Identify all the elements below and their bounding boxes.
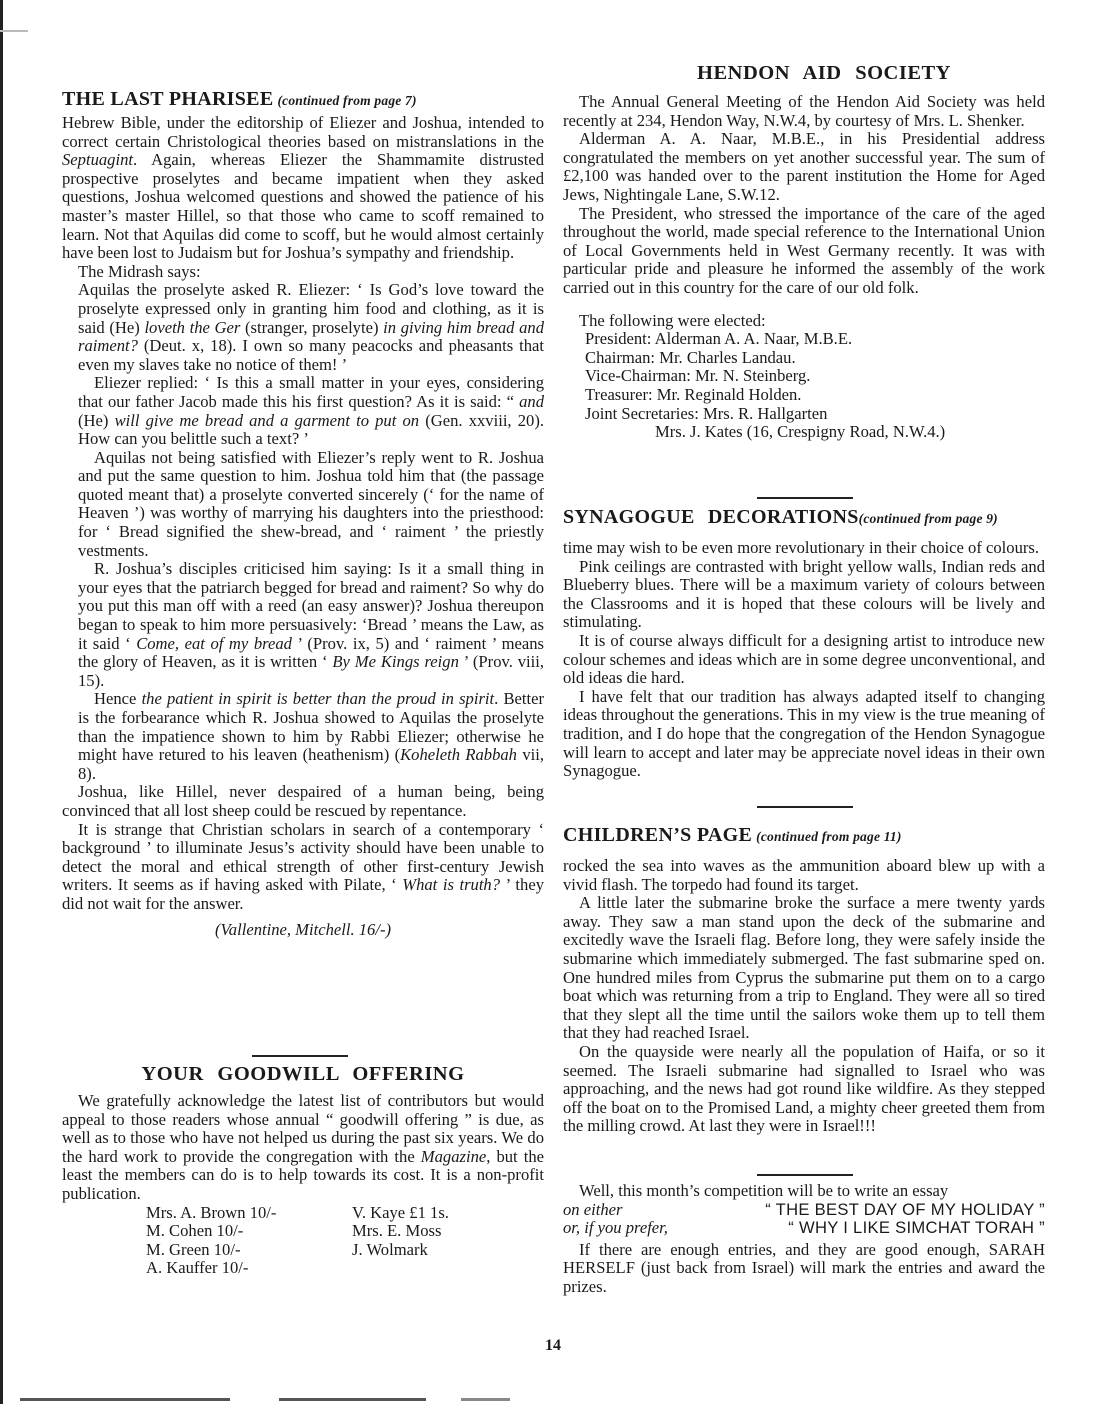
- article-childrens-page: CHILDREN’S PAGE(continued from page 11) …: [563, 824, 1045, 1136]
- quote-paragraph: R. Joshua’s disciples criticised him say…: [78, 560, 544, 690]
- donor-entry: M. Cohen 10/-: [146, 1222, 352, 1241]
- continued-note: (continued from page 7): [277, 93, 416, 108]
- scan-mark: [0, 30, 28, 32]
- paragraph: time may wish to be even more revolution…: [563, 539, 1045, 558]
- elected-intro: The following were elected:: [563, 312, 1045, 331]
- article-heading: SYNAGOGUE DECORATIONS(continued from pag…: [563, 506, 1045, 529]
- article-last-pharisee: THE LAST PHARISEE(continued from page 7)…: [62, 88, 544, 940]
- article-heading: CHILDREN’S PAGE(continued from page 11): [563, 824, 1045, 847]
- paragraph: I have felt that our tradition has alway…: [563, 688, 1045, 781]
- article-heading: YOUR GOODWILL OFFERING: [62, 1063, 544, 1086]
- section-divider: [757, 806, 853, 808]
- scan-bottom-edge: [20, 1398, 720, 1401]
- option-lead: or, if you prefer,: [563, 1219, 673, 1237]
- continued-note: (continued from page 11): [756, 829, 901, 844]
- section-divider: [757, 497, 853, 499]
- section-divider: [252, 1055, 348, 1057]
- midrash-intro: The Midrash says:: [62, 263, 544, 282]
- donor-column-1: Mrs. A. Brown 10/- M. Cohen 10/- M. Gree…: [146, 1204, 352, 1278]
- paragraph: The Annual General Meeting of the Hendon…: [563, 93, 1045, 130]
- quote-paragraph: Hence the patient in spirit is better th…: [78, 690, 544, 783]
- competition-intro: Well, this month’s competition will be t…: [563, 1182, 1045, 1201]
- donor-entry: Mrs. E. Moss: [352, 1222, 552, 1241]
- paragraph: On the quayside were nearly all the popu…: [563, 1043, 1045, 1136]
- heading-title: THE LAST PHARISEE: [62, 88, 273, 110]
- paragraph: It is of course always difficult for a d…: [563, 632, 1045, 688]
- officer-entry: Joint Secretaries: Mrs. R. Hallgarten: [585, 405, 1045, 424]
- quote-paragraph: Aquilas not being satisfied with Eliezer…: [78, 449, 544, 561]
- paragraph: A little later the submarine broke the s…: [563, 894, 1045, 1043]
- option-lead: on either: [563, 1201, 673, 1219]
- page-number: 14: [545, 1337, 561, 1355]
- article-goodwill-offering: YOUR GOODWILL OFFERING We gratefully ack…: [62, 1063, 544, 1278]
- donor-entry: A. Kauffer 10/-: [146, 1259, 352, 1278]
- donor-entry: V. Kaye £1 1s.: [352, 1204, 552, 1223]
- article-heading: THE LAST PHARISEE(continued from page 7): [62, 88, 544, 111]
- paragraph: The President, who stressed the importan…: [563, 205, 1045, 298]
- donor-entry: Mrs. A. Brown 10/-: [146, 1204, 352, 1223]
- section-divider: [757, 1174, 853, 1176]
- essay-title: “ THE BEST DAY OF MY HOLIDAY ”: [673, 1201, 1045, 1219]
- officer-entry: President: Alderman A. A. Naar, M.B.E.: [585, 330, 1045, 349]
- quote-paragraph: Aquilas the proselyte asked R. Eliezer: …: [78, 281, 544, 374]
- paragraph: If there are enough entries, and they ar…: [563, 1241, 1045, 1297]
- paragraph: Hebrew Bible, under the editorship of El…: [62, 114, 544, 263]
- officer-entry: Mrs. J. Kates (16, Crespigny Road, N.W.4…: [655, 423, 1045, 442]
- midrash-quote: Aquilas the proselyte asked R. Eliezer: …: [78, 281, 544, 783]
- paragraph: We gratefully acknowledge the latest lis…: [62, 1092, 544, 1204]
- book-credit: (Vallentine, Mitchell. 16/-): [62, 920, 544, 940]
- paragraph: Pink ceilings are contrasted with bright…: [563, 558, 1045, 632]
- donor-entry: J. Wolmark: [352, 1241, 552, 1260]
- officer-entry: Chairman: Mr. Charles Landau.: [585, 349, 1045, 368]
- donor-list: Mrs. A. Brown 10/- M. Cohen 10/- M. Gree…: [146, 1204, 544, 1278]
- paragraph: Joshua, like Hillel, never despaired of …: [62, 783, 544, 820]
- scan-edge: [0, 0, 3, 1404]
- officer-entry: Vice-Chairman: Mr. N. Steinberg.: [585, 367, 1045, 386]
- continued-note: (continued from page 9): [859, 511, 998, 526]
- paragraph: It is strange that Christian scholars in…: [62, 821, 544, 914]
- essay-option-1: on either “ THE BEST DAY OF MY HOLIDAY ”: [563, 1201, 1045, 1219]
- essay-option-2: or, if you prefer, “ WHY I LIKE SIMCHAT …: [563, 1219, 1045, 1237]
- quote-paragraph: Eliezer replied: ‘ Is this a small matte…: [78, 374, 544, 448]
- article-synagogue-decorations: SYNAGOGUE DECORATIONS(continued from pag…: [563, 506, 1045, 781]
- heading-title: SYNAGOGUE DECORATIONS: [563, 506, 859, 528]
- essay-title: “ WHY I LIKE SIMCHAT TORAH ”: [673, 1219, 1045, 1237]
- competition-notice: Well, this month’s competition will be t…: [563, 1182, 1045, 1296]
- officers-list: President: Alderman A. A. Naar, M.B.E. C…: [585, 330, 1045, 442]
- heading-title: CHILDREN’S PAGE: [563, 824, 752, 846]
- donor-entry: M. Green 10/-: [146, 1241, 352, 1260]
- paragraph: Alderman A. A. Naar, M.B.E., in his Pres…: [563, 130, 1045, 204]
- paragraph: rocked the sea into waves as the ammunit…: [563, 857, 1045, 894]
- donor-column-2: V. Kaye £1 1s. Mrs. E. Moss J. Wolmark: [352, 1204, 552, 1278]
- article-heading: HENDON AID SOCIETY: [563, 62, 1045, 85]
- officer-entry: Treasurer: Mr. Reginald Holden.: [585, 386, 1045, 405]
- article-hendon-aid-society: HENDON AID SOCIETY The Annual General Me…: [563, 62, 1045, 442]
